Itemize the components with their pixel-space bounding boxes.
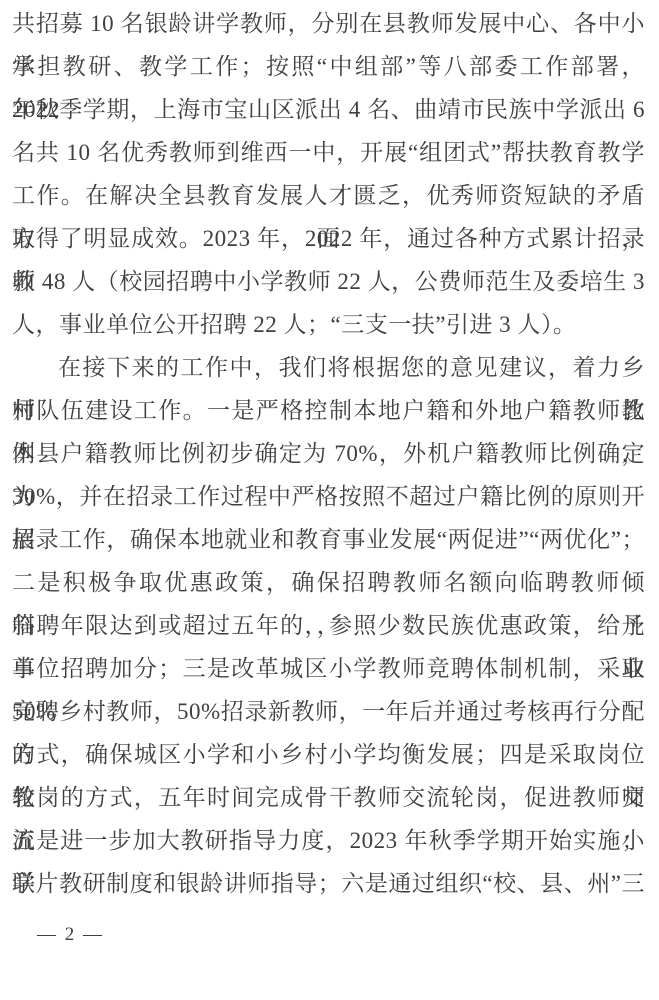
- document-page: 共招募 10 名银龄讲学教师，分别在县教师发展中心、各中小学 承担教研、教学工作…: [0, 0, 659, 1000]
- text-line: 本县户籍教师比例初步确定为 70%，外机户籍教师比例确定为: [12, 432, 645, 475]
- text-line: 临聘年限达到或超过五年的，参照少数民族优惠政策，给予事业: [12, 604, 645, 647]
- document-body: 共招募 10 名银龄讲学教师，分别在县教师发展中心、各中小学 承担教研、教学工作…: [12, 2, 645, 905]
- text-line: 师队伍建设工作。一是严格控制本地户籍和外地户籍教师比例，: [12, 389, 645, 432]
- text-line: 名共 10 名优秀教师到维西一中，开展“组团式”帮扶教育教学: [12, 131, 645, 174]
- text-line: 工作。在解决全县教育发展人才匮乏，优秀师资短缺的矛盾方面，: [12, 174, 645, 217]
- text-line: 五是进一步加大教研指导力度，2023 年秋季学期开始实施小学: [12, 819, 645, 862]
- text-line: 共招募 10 名银龄讲学教师，分别在县教师发展中心、各中小学: [12, 2, 645, 45]
- text-line: 30%，并在招录工作过程中严格按照不超过户籍比例的原则开展: [12, 475, 645, 518]
- text-line: 取得了明显成效。2023 年，2022 年，通过各种方式累计招录教: [12, 217, 645, 260]
- text-line: 师 48 人（校园招聘中小学教师 22 人，公费师范生及委培生 3: [12, 260, 645, 303]
- text-line: 招录工作，确保本地就业和教育事业发展“两促进”“两优化”；: [12, 518, 645, 561]
- text-line-paragraph-end: 人，事业单位公开招聘 22 人；“三支一扶”引进 3 人）。: [12, 303, 645, 346]
- text-line: 方式，确保城区小学和小乡村小学均衡发展；四是采取岗位教师: [12, 733, 645, 776]
- page-number: — 2 —: [12, 925, 645, 945]
- text-line: 联片教研制度和银龄讲师指导；六是通过组织“校、县、州”三: [12, 862, 645, 905]
- text-line: 二是积极争取优惠政策，确保招聘教师名额向临聘教师倾斜，凡: [12, 561, 645, 604]
- text-line: 轮岗的方式，五年时间完成骨干教师交流轮岗，促进教师交流；: [12, 776, 645, 819]
- text-line: 年秋季学期，上海市宝山区派出 4 名、曲靖市民族中学派出 6: [12, 88, 645, 131]
- text-line: 竞聘乡村教师，50%招录新教师，一年后并通过考核再行分配的: [12, 690, 645, 733]
- text-line: 承担教研、教学工作；按照“中组部”等八部委工作部署，2022: [12, 45, 645, 88]
- text-line: 单位招聘加分；三是改革城区小学教师竞聘体制机制，采取 50%: [12, 647, 645, 690]
- text-line-paragraph-start: 在接下来的工作中，我们将根据您的意见建议，着力乡村教: [12, 346, 645, 389]
